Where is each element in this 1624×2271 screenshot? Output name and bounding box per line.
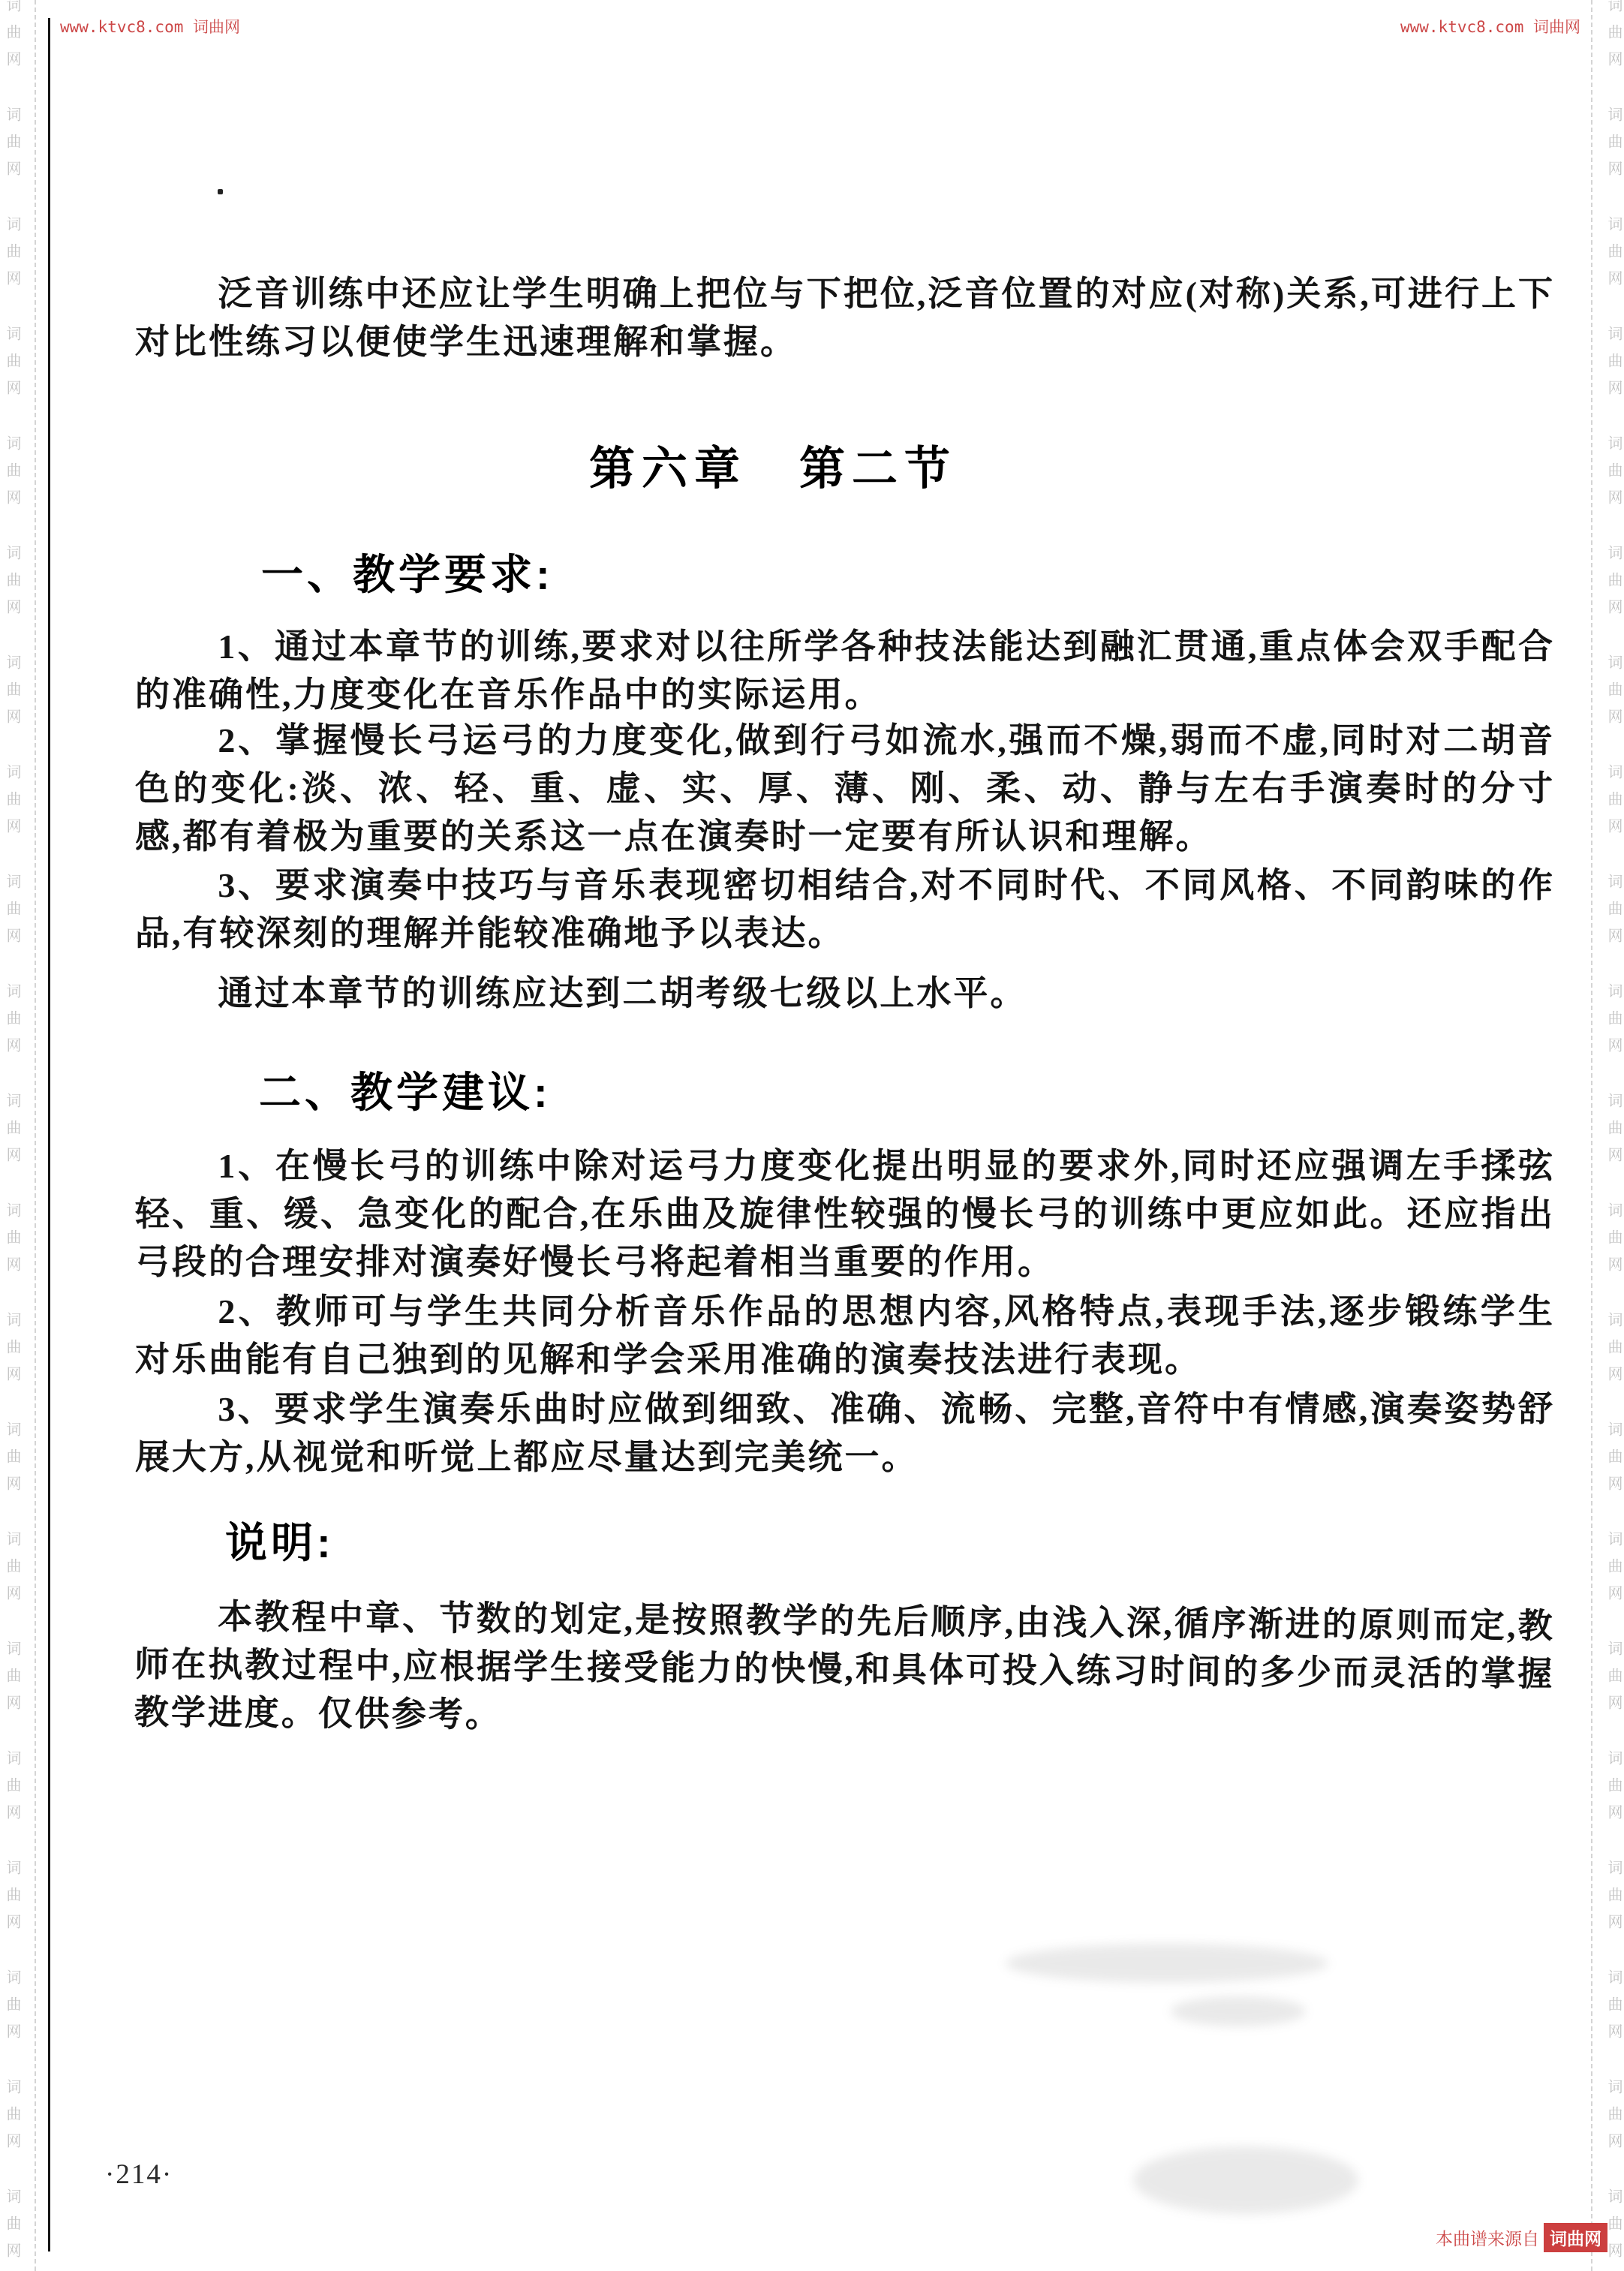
section1-paragraph-3: 3、要求演奏中技巧与音乐表现密切相结合,对不同时代、不同风格、不同韵味的作品,有… (135, 862, 1555, 958)
section1-paragraph-4: 通过本章节的训练应达到二胡考级七级以上水平。 (135, 970, 1555, 1018)
left-dashed-divider (35, 0, 36, 2271)
chapter-heading: 第六章 第二节 (135, 432, 1411, 498)
section1-paragraph-2: 2、掌握慢长弓运弓的力度变化,做到行弓如流水,强而不燥,弱而不虚,同时对二胡音色… (135, 717, 1555, 861)
scan-smudge (1133, 2146, 1358, 2214)
site-url-top-right: www.ktvc8.com 词曲网 (1400, 15, 1580, 38)
scan-edge-line (48, 18, 50, 2251)
section2-paragraph-1: 1、在慢长弓的训练中除对运弓力度变化提出明显的要求外,同时还应强调左手揉弦轻、重… (135, 1142, 1555, 1286)
left-watermark-column: 词曲网 词曲网 词曲网 词曲网 词曲网 词曲网 词曲网 词曲网 词曲网 词曲网 … (2, 0, 23, 2268)
intro-paragraph: 泛音训练中还应让学生明确上把位与下把位,泛音位置的对应(对称)关系,可进行上下对… (135, 270, 1555, 366)
notes-paragraph: 本教程中章、节数的划定,是按照教学的先后顺序,由浅入深,循序渐进的原则而定,教师… (134, 1593, 1555, 1746)
right-watermark-column: 词曲网 词曲网 词曲网 词曲网 词曲网 词曲网 词曲网 词曲网 词曲网 词曲网 … (1603, 0, 1624, 2268)
section2-heading: 二、教学建议: (259, 1060, 552, 1120)
section2-paragraph-3: 3、要求学生演奏乐曲时应做到细致、准确、流畅、完整,音符中有情感,演奏姿势舒展大… (135, 1385, 1555, 1481)
scan-smudge (1006, 1944, 1328, 1983)
site-url-top-left: www.ktvc8.com 词曲网 (60, 15, 240, 38)
scanned-book-page: 词曲网 词曲网 词曲网 词曲网 词曲网 词曲网 词曲网 词曲网 词曲网 词曲网 … (0, 0, 1624, 2271)
notes-heading: 说明: (225, 1510, 335, 1570)
source-credit: 本曲谱来源自 词曲网 (1436, 2223, 1607, 2252)
site-brand-badge: 词曲网 (1544, 2223, 1607, 2252)
scan-artifact-dot (218, 189, 223, 194)
scan-smudge (1171, 1996, 1306, 2026)
section1-paragraph-1: 1、通过本章节的训练,要求对以往所学各种技法能达到融汇贯通,重点体会双手配合的准… (135, 623, 1555, 719)
right-dashed-divider (1591, 0, 1592, 2271)
section1-heading: 一、教学要求: (261, 542, 554, 602)
page-number: ·214· (105, 2158, 173, 2191)
section2-paragraph-2: 2、教师可与学生共同分析音乐作品的思想内容,风格特点,表现手法,逐步锻练学生对乐… (135, 1288, 1555, 1384)
source-credit-text: 本曲谱来源自 (1436, 2225, 1539, 2250)
